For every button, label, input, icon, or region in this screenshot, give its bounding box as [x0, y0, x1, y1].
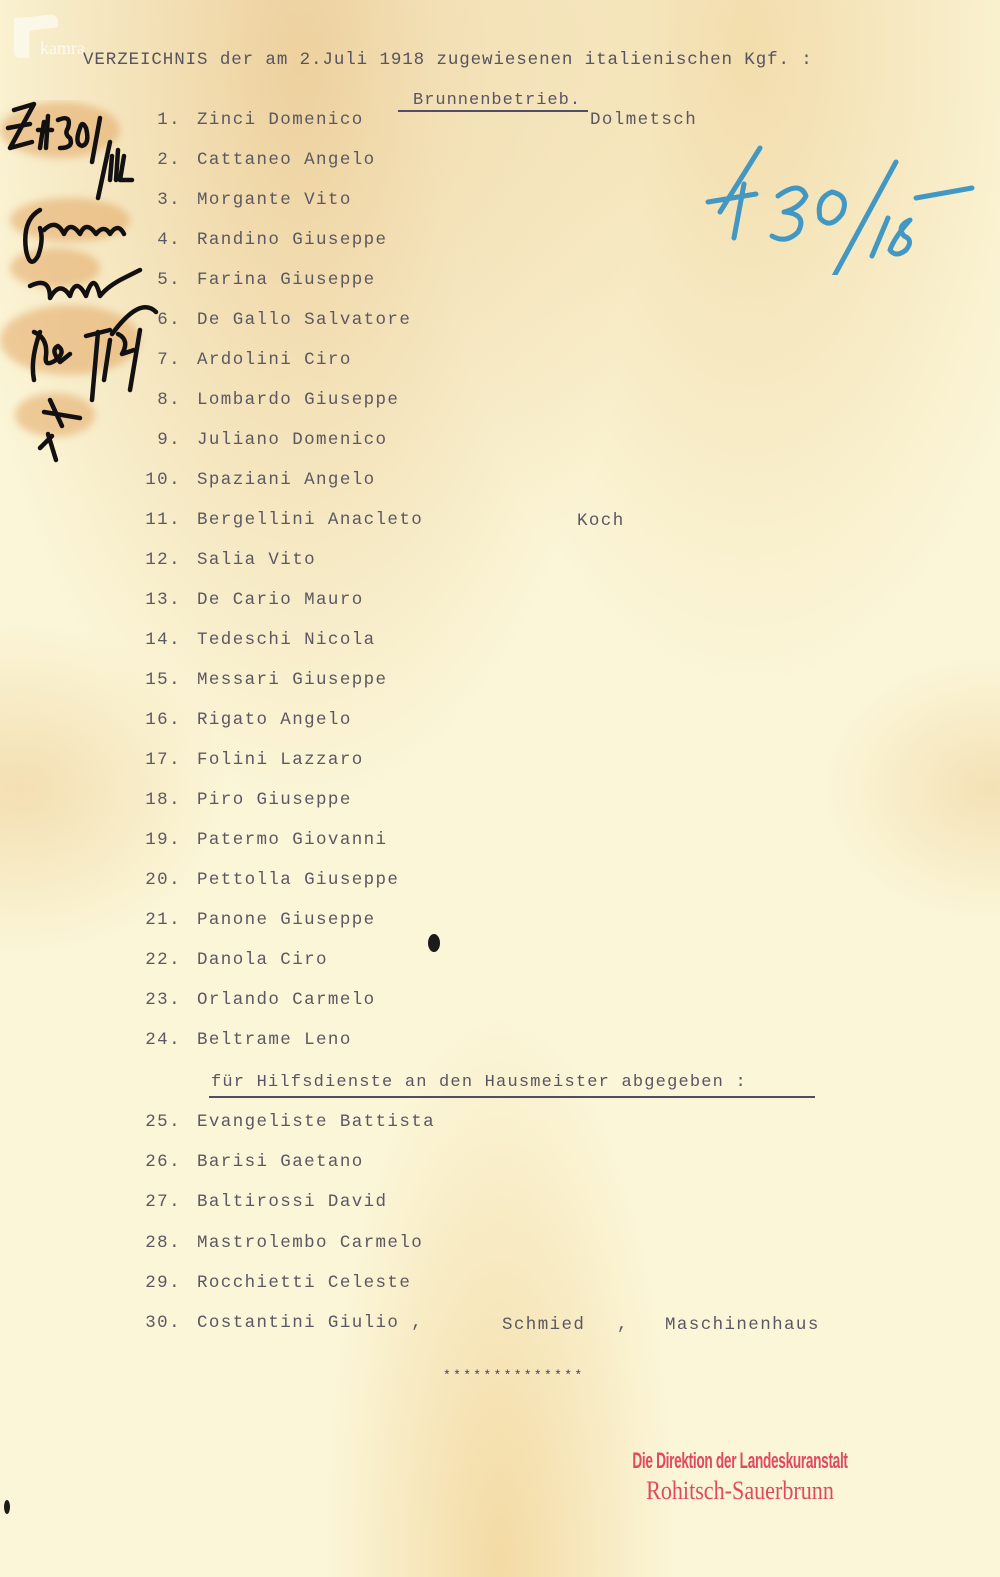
handwritten-margin-annotation-icon — [0, 100, 170, 480]
entry-number: 27. — [145, 1192, 181, 1212]
document-title: VERZEICHNIS der am 2.Juli 1918 zugewiese… — [83, 50, 813, 70]
entry-name: Pettolla Giuseppe — [197, 870, 399, 890]
entry-role: Koch — [577, 511, 625, 531]
entry-name: Lombardo Giuseppe — [197, 390, 399, 410]
entry-name: Farina Giuseppe — [197, 270, 376, 290]
entry-number: 13. — [145, 590, 181, 610]
handwritten-margin-text: Z 4301/18 Gitsmandus adacta Rohitsch 5/7… — [0, 0, 1, 1]
entry-name: Salia Vito — [197, 550, 316, 570]
entry-name: Rocchietti Celeste — [197, 1273, 411, 1293]
end-marker: ************** — [443, 1368, 584, 1383]
section-heading-brunnenbetrieb: Brunnenbetrieb. — [413, 91, 581, 110]
entry-name: Spaziani Angelo — [197, 470, 376, 490]
entry-number: 16. — [145, 710, 181, 730]
entry-number: 14. — [145, 630, 181, 650]
entry-number: 15. — [145, 670, 181, 690]
entry-number: 19. — [145, 830, 181, 850]
entry-name: Rigato Angelo — [197, 710, 352, 730]
entry-name: Baltirossi David — [197, 1192, 387, 1212]
entry-name: De Cario Mauro — [197, 590, 364, 610]
section-underline — [398, 110, 588, 112]
entry-name: Mastrolembo Carmelo — [197, 1233, 423, 1253]
document-page: kamra VERZEICHNIS der am 2.Juli 1918 zug… — [0, 0, 1000, 1577]
ink-blot — [428, 934, 440, 952]
entry-name: Patermo Giovanni — [197, 830, 387, 850]
stamp-line-1: Die Direktion der Landeskuranstalt — [628, 1448, 851, 1474]
handwritten-reference-number-icon — [700, 140, 980, 275]
entry-name: Barisi Gaetano — [197, 1152, 364, 1172]
entry-number: 30. — [145, 1313, 181, 1333]
entry-number: 22. — [145, 950, 181, 970]
entry-number: 11. — [145, 510, 181, 530]
entry-number: 23. — [145, 990, 181, 1010]
watermark-text: kamra — [40, 38, 85, 59]
entry-number: 29. — [145, 1273, 181, 1293]
institution-stamp: Die Direktion der Landeskuranstalt Rohit… — [560, 1448, 920, 1506]
entry-number: 28. — [145, 1233, 181, 1253]
section-underline — [209, 1096, 815, 1098]
entry-name: Panone Giuseppe — [197, 910, 376, 930]
entry-name: Evangeliste Battista — [197, 1112, 435, 1132]
entry-number: 26. — [145, 1152, 181, 1172]
entry-name: Zinci Domenico — [197, 110, 364, 130]
stamp-line-2: Rohitsch-Sauerbrunn — [587, 1476, 893, 1506]
entry-name: De Gallo Salvatore — [197, 310, 411, 330]
entry-name: Orlando Carmelo — [197, 990, 376, 1010]
section-heading-hilfsdienste: für Hilfsdienste an den Hausmeister abge… — [211, 1073, 747, 1092]
entry-name: Randino Giuseppe — [197, 230, 387, 250]
entry-name: Folini Lazzaro — [197, 750, 364, 770]
entry-location: Maschinenhaus — [665, 1315, 820, 1335]
entry-role: Dolmetsch — [590, 110, 697, 130]
entry-number: 12. — [145, 550, 181, 570]
entry-name: Costantini Giulio , — [197, 1313, 423, 1333]
entry-name: Juliano Domenico — [197, 430, 387, 450]
entry-number: 21. — [145, 910, 181, 930]
ink-blot — [4, 1500, 10, 1514]
entry-role: Schmied — [502, 1315, 585, 1335]
entry-name: Messari Giuseppe — [197, 670, 387, 690]
entry-name: Morgante Vito — [197, 190, 352, 210]
handwritten-reference-text: 430/18 — [0, 0, 1, 1]
entry-number: 20. — [145, 870, 181, 890]
entry-name: Ardolini Ciro — [197, 350, 352, 370]
entry-number: 17. — [145, 750, 181, 770]
entry-separator: , — [617, 1315, 629, 1335]
entry-name: Piro Giuseppe — [197, 790, 352, 810]
entry-number: 25. — [145, 1112, 181, 1132]
entry-name: Danola Ciro — [197, 950, 328, 970]
entry-name: Beltrame Leno — [197, 1030, 352, 1050]
entry-number: 24. — [145, 1030, 181, 1050]
entry-name: Bergellini Anacleto — [197, 510, 423, 530]
entry-name: Cattaneo Angelo — [197, 150, 376, 170]
entry-number: 18. — [145, 790, 181, 810]
entry-name: Tedeschi Nicola — [197, 630, 376, 650]
